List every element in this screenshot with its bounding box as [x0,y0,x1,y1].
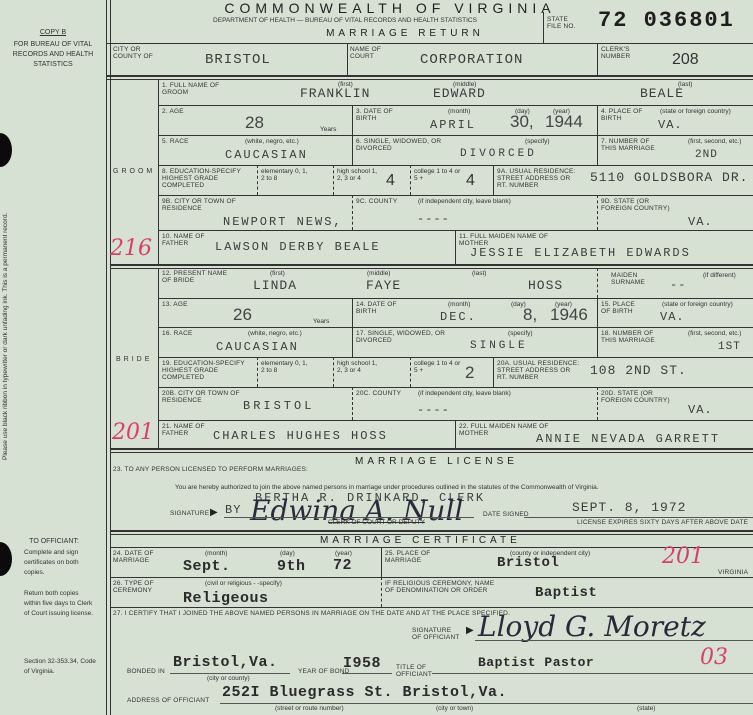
officiant-title-label: TITLE OF OFFICIANT [396,664,432,678]
bond-year: I958 [343,655,381,672]
denomination: Baptist [535,585,597,601]
groom-f4-label: 4. PLACE OF BIRTH [601,108,646,122]
cert-f24-label: 24. DATE OF MARRIAGE [113,550,173,564]
groom-middle-name: EDWARD [433,86,486,101]
marriage-day: 9th [277,558,306,575]
elementary-hint: elementary 0, 1, 2 to 8 [261,360,311,374]
clerk-number-label: CLERK'S NUMBER [601,46,651,60]
years-label: Years [313,318,329,325]
rule [110,577,753,578]
officiant-address-label: ADDRESS OF OFFICIANT [127,697,209,704]
bride-f20d-label: 20d. STATE (OR FOREIGN COUNTRY) [601,390,681,404]
rule [158,105,753,106]
groom-f2-label: 2. AGE [162,108,184,115]
groom-f9a-label: 9a. USUAL RESIDENCE: STREET ADDRESS OR R… [497,168,582,189]
rule [110,452,753,453]
officiant-signature-label: SIGNATURE OF OFFICIANT [412,627,462,641]
bride-race: CAUCASIAN [216,340,299,354]
rule [110,547,753,548]
rule [110,448,753,450]
groom-college: 4 [466,172,475,190]
rule [110,607,753,608]
hint: (white, negro, etc.) [245,138,299,145]
bonded-in: Bristol,Va. [173,654,278,671]
bride-f14-label: 14. DATE OF BIRTH [356,301,406,315]
license-heading: MARRIAGE LICENSE [355,456,518,467]
hint: (street or route number) [275,705,344,712]
officiant-note-2: Return both copies within five days to C… [24,589,96,619]
groom-f6-label: 6. SINGLE, WIDOWED, OR DIVORCED [356,138,446,152]
rule [352,387,353,420]
groom-f9c-label: 9c. COUNTY [356,198,397,205]
groom-street-address: 5110 GOLDSBORA DR. [590,170,748,185]
state-file-label: STATE FILE NO. [547,16,577,30]
officiant-signature: Lloyd G. Moretz [478,610,706,643]
cert-f27-label: 27. I CERTIFY THAT I JOINED THE ABOVE NA… [113,610,510,617]
bride-middle-name: FAYE [366,278,401,293]
bride-f21-label: 21. NAME OF FATHER [162,423,212,437]
bride-birthplace: VA. [660,310,685,324]
rule [158,195,753,196]
rule [352,298,353,358]
hint: (day) [280,550,295,557]
header-department: DEPARTMENT OF HEALTH — BUREAU OF VITAL R… [150,17,540,24]
hint: (if independent city, leave blank) [418,198,511,205]
rule [106,75,753,77]
rule [432,673,753,674]
rule [381,547,382,577]
ceremony-type: Religeous [183,590,269,607]
header-form-title: MARRIAGE RETURN [290,28,520,39]
groom-dob-day: 30, [510,112,534,132]
groom-dob-year: 1944 [545,112,583,132]
groom-age: 28 [245,113,264,133]
signature-arrow-icon: ▶ [210,507,218,518]
marriage-place: Bristol [497,555,559,571]
hint: (specify) [508,330,533,337]
signature-arrow-icon: ▶ [466,625,474,636]
frame-left-outer [106,0,107,715]
groom-f10-label: 10. NAME OF FATHER [162,233,212,247]
rule [597,43,598,75]
bride-state: VA. [688,403,713,417]
bride-marital-status: SINGLE [470,340,528,352]
header-title: COMMONWEALTH OF VIRGINIA [150,0,630,16]
groom-city: NEWPORT NEWS, [223,215,343,229]
years-label: Years [320,126,336,133]
rule [347,43,348,75]
city-label: CITY OR COUNTY OF [113,46,163,60]
marriage-year: 72 [333,557,352,574]
college-hint: college 1 to 4 or 5 + [414,360,464,374]
bride-dob-day: 8, [523,305,537,325]
officiant-note-1: Complete and sign certificates on both c… [24,548,96,578]
college-hint: college 1 to 4 or 5 + [414,168,464,182]
code-reference: Section 32-353.34, Code of Virginia. [24,657,100,677]
bonded-in-label: BONDED IN [127,668,165,675]
bride-mother: ANNIE NEVADA GARRETT [536,432,720,446]
bride-dob-year: 1946 [550,305,588,325]
court-label: NAME OF COURT [350,46,390,60]
cert-f26-label: 26. TYPE OF CEREMONY [113,580,173,594]
rule [597,268,598,298]
rule [110,530,753,532]
officiant-address: 252I Bluegrass St. Bristol,Va. [222,684,507,701]
bride-f20a-label: 20a. USUAL RESIDENCE: STREET ADDRESS OR … [497,360,582,381]
rule [475,640,753,641]
rule [410,357,411,387]
sidebar: COPY B FOR BUREAU OF VITAL RECORDS AND H… [0,0,106,715]
rule [455,230,456,264]
hint: (month) [448,301,470,308]
rule [170,673,290,674]
rule [158,357,753,358]
hint: (month) [205,550,227,557]
virginia-label: VIRGINIA [718,569,748,576]
bride-f16-label: 16. RACE [162,330,193,337]
groom-high-school: 4 [386,172,395,190]
rule [158,79,159,264]
rule [410,165,411,195]
hint: (state) [637,705,655,712]
rule [106,79,753,80]
rule [158,327,753,328]
groom-f11-label: 11. FULL MAIDEN NAME OF MOTHER [459,233,549,247]
groom-father: LAWSON DERBY BEALE [215,240,381,254]
rule [158,387,753,388]
signature-label: SIGNATURE [170,510,209,517]
groom-marriage-number: 2ND [695,149,718,161]
groom-margin-code: 216 [110,236,152,261]
hint: (if independent city, leave blank) [418,390,511,397]
officiant-title: Baptist Pastor [478,655,594,670]
rule [597,298,598,358]
hint: (last) [472,270,486,277]
date-signed-label: DATE SIGNED [483,511,529,518]
rule [524,517,753,518]
bride-maiden-surname: -- [670,278,686,292]
bride-margin-code: 201 [112,420,154,445]
bride-father: CHARLES HUGHES HOSS [213,429,388,443]
rule [158,298,753,299]
bride-marriage-number: 1ST [718,341,741,353]
groom-marital-status: DIVORCED [460,148,537,160]
bride-f18-label: 18. NUMBER OF THIS MARRIAGE [601,330,656,344]
rule [381,577,382,607]
copy-label: COPY B [0,28,106,38]
bride-first-name: LINDA [253,278,297,293]
bride-section-label: BRIDE [116,356,152,363]
groom-section-label: GROOM [113,168,155,175]
groom-race: CAUCASIAN [225,148,308,162]
place-code: 201 [662,544,704,569]
groom-f9b-label: 9b. CITY OR TOWN OF RESIDENCE [162,198,242,212]
rule [493,357,494,387]
hint: (white, negro, etc.) [248,330,302,337]
groom-first-name: FRANKLIN [300,86,370,101]
copy-purpose: FOR BUREAU OF VITAL RECORDS AND HEALTH S… [2,40,104,70]
marriage-month: Sept. [183,558,231,575]
clerk-number-value: 208 [672,51,699,69]
bride-maiden-label: MAIDEN SURNAME [611,272,656,286]
high-school-hint: high school 1, 2, 3 or 4 [337,360,382,374]
rule [597,387,598,420]
groom-last-name: BEALE [640,86,684,101]
rule [333,165,334,195]
rule [455,420,456,448]
rule [106,43,753,44]
hint: (state or foreign country) [662,301,733,308]
bride-f20c-label: 20c. COUNTY [356,390,401,397]
hint: (specify) [525,138,550,145]
license-f23-label: 23. TO ANY PERSON LICENSED TO PERFORM MA… [113,466,308,473]
bride-f15-label: 15. PLACE OF BIRTH [601,301,646,315]
license-authorization: You are hereby authorized to join the ab… [175,484,598,491]
groom-dob-month: APRIL [430,118,476,132]
rule [257,165,258,195]
state-file-divider [543,12,544,43]
rule [342,673,392,674]
elementary-hint: elementary 0, 1, 2 to 8 [261,168,311,182]
hint: (city or county) [207,675,250,682]
bride-city: BRISTOL [243,399,314,413]
bride-county: ---- [417,403,450,417]
rule [158,268,159,448]
bride-college: 2 [465,363,474,383]
bride-f13-label: 13. AGE [162,301,188,308]
rule [110,268,753,269]
groom-county: ---- [417,212,450,226]
rule [333,357,334,387]
signer-role: CLERK OF COURT OR DEPUTY [328,519,425,526]
rule [257,357,258,387]
license-expiry-note: LICENSE EXPIRES SIXTY DAYS AFTER ABOVE D… [577,519,748,526]
by-label: BY [225,503,241,517]
state-file-number: 72 036801 [598,8,735,33]
hint: (middle) [367,270,390,277]
bride-age: 26 [233,305,252,325]
hint: (first, second, etc.) [688,330,741,337]
binder-hole-bottom [0,542,12,576]
rule [158,135,753,136]
bride-f12-label: 12. PRESENT NAME OF BRIDE [162,270,232,284]
bride-f20b-label: 20b. CITY OR TOWN OF RESIDENCE [162,390,242,404]
title-code: 03 [700,645,728,670]
date-signed: SEPT. 8, 1972 [572,500,686,515]
bride-f19-label: 19. EDUCATION-SPECIFY HIGHEST GRADE COMP… [162,360,257,381]
groom-f7-label: 7. NUMBER OF THIS MARRIAGE [601,138,656,152]
hint: (state or foreign country) [660,108,731,115]
certificate-heading: MARRIAGE CERTIFICATE [320,535,521,546]
groom-mother: JESSIE ELIZABETH EDWARDS [470,246,691,260]
officiant-heading: TO OFFICIANT: [14,537,94,547]
high-school-hint: high school 1, 2, 3 or 4 [337,168,382,182]
groom-f1-label: 1. FULL NAME OF GROOM [162,82,232,96]
groom-f9d-label: 9d. STATE (OR FOREIGN COUNTRY) [601,198,681,212]
rule [158,165,753,166]
groom-state: VA. [688,215,713,229]
hint: (month) [448,108,470,115]
rule [220,703,753,704]
bride-f17-label: 17. SINGLE, WIDOWED, OR DIVORCED [356,330,446,344]
city-value: BRISTOL [205,52,271,68]
rule [224,517,474,518]
groom-birthplace: VA. [658,118,683,132]
groom-f3-label: 3. DATE OF BIRTH [356,108,406,122]
hint: (first, second, etc.) [688,138,741,145]
bride-dob-month: DEC. [440,310,477,324]
cert-f25-label: 25. PLACE OF MARRIAGE [385,550,440,564]
groom-f5-label: 5. RACE [162,138,189,145]
court-value: CORPORATION [420,52,523,68]
groom-f8-label: 8. EDUCATION-SPECIFY HIGHEST GRADE COMPL… [162,168,257,189]
hint: (year) [335,550,352,557]
hint: (city or town) [436,705,473,712]
rule [110,264,753,266]
rule [597,195,598,230]
hint: (first) [270,270,285,277]
denomination-label: IF RELIGIOUS CEREMONY, NAME OF DENOMINAT… [385,580,495,594]
bride-street-address: 108 2ND ST. [590,363,687,378]
bride-last-name: HOSS [528,278,563,293]
hint: (civil or religious - -specify) [205,580,282,587]
rule [352,195,353,230]
vertical-ink-note: Please use black ribbon in typewriter or… [2,120,9,460]
hint: (if different) [703,272,736,279]
rule [493,165,494,195]
